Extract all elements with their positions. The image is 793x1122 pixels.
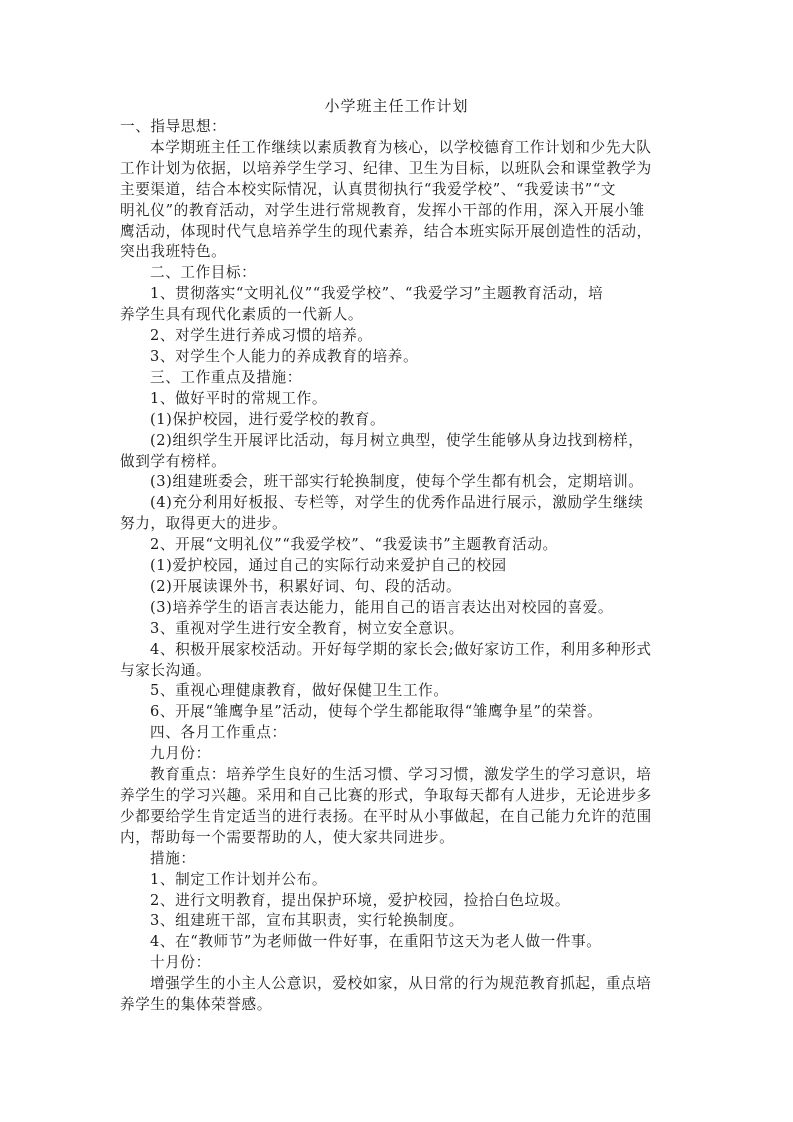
paragraph-line: 主要渠道，结合本校实际情况，认真贯彻执行“我爱学校”、“我爱读书”“文 — [120, 180, 673, 201]
document-title: 小学班主任工作计划 — [120, 96, 673, 117]
september-focus-line: 少都要给学生肯定适当的进行表扬。在平时从小事做起，在自己能力允许的范围 — [120, 807, 673, 828]
september-measure-item: 3、组建班干部，宣布其职责，实行轮换制度。 — [120, 911, 673, 932]
measure-line: 5、重视心理健康教育，做好保健卫生工作。 — [120, 681, 673, 702]
measure-line: (3)培养学生的语言表达能力，能用自己的语言表达出对校园的喜爱。 — [120, 598, 673, 619]
month-heading-october: 十月份： — [120, 953, 673, 974]
measure-line: (2)组织学生开展评比活动，每月树立典型，使学生能够从身边找到榜样， — [120, 431, 673, 452]
measure-line: (4)充分利用好板报、专栏等，对学生的优秀作品进行展示，激励学生继续 — [120, 493, 673, 514]
paragraph-line: 明礼仪”的教育活动，对学生进行常规教育，发挥小干部的作用，深入开展小雏 — [120, 201, 673, 222]
measure-line: 6、开展“雏鹰争星”活动，使每个学生都能取得“雏鹰争星”的荣誉。 — [120, 702, 673, 723]
measure-line: (2)开展读课外书，积累好词、句、段的活动。 — [120, 577, 673, 598]
goal-item-line: 养学生具有现代化素质的一代新人。 — [120, 305, 673, 326]
section-heading-work-goals: 二、工作目标： — [120, 263, 673, 284]
paragraph-line: 鹰活动，体现时代气息培养学生的现代素养，结合本班实际开展创造性的活动， — [120, 222, 673, 243]
paragraph-line: 工作计划为依据，以培养学生学习、纪律、卫生为目标，以班队会和课堂教学为 — [120, 159, 673, 180]
goal-item-line: 3、对学生个人能力的养成教育的培养。 — [120, 347, 673, 368]
september-focus-line: 养学生的学习兴趣。采用和自己比赛的形式，争取每天都有人进步，无论进步多 — [120, 786, 673, 807]
paragraph-line: 本学期班主任工作继续以素质教育为核心，以学校德育工作计划和少先大队 — [120, 138, 673, 159]
september-measure-item: 1、制定工作计划并公布。 — [120, 870, 673, 891]
october-line: 增强学生的小主人公意识，爱校如家，从日常的行为规范教育抓起，重点培 — [120, 974, 673, 995]
measure-line: 3、重视对学生进行安全教育，树立安全意识。 — [120, 619, 673, 640]
goal-item-line: 2、对学生进行养成习惯的培养。 — [120, 326, 673, 347]
september-focus-line: 内，帮助每一个需要帮助的人，使大家共同进步。 — [120, 828, 673, 849]
september-focus-line: 教育重点：培养学生良好的生活习惯、学习习惯，激发学生的学习意识，培 — [120, 765, 673, 786]
measure-line: 4、积极开展家校活动。开好每学期的家长会;做好家访工作，利用多种形式 — [120, 640, 673, 661]
september-measure-item: 4、在“教师节”为老师做一件好事，在重阳节这天为老人做一件事。 — [120, 932, 673, 953]
month-heading-september: 九月份： — [120, 744, 673, 765]
document-page: 小学班主任工作计划 一、指导思想： 本学期班主任工作继续以素质教育为核心，以学校… — [120, 96, 673, 1016]
goal-item-line: 1、贯彻落实“文明礼仪”“我爱学校”、“我爱学习”主题教育活动，培 — [120, 284, 673, 305]
september-measure-item: 2、进行文明教育，提出保护环境，爱护校园，捡拾白色垃圾。 — [120, 891, 673, 912]
section-heading-key-measures: 三、工作重点及措施： — [120, 368, 673, 389]
measure-line: 2、开展“文明礼仪”“我爱学校”、“我爱读书”主题教育活动。 — [120, 535, 673, 556]
guiding-thought-paragraph: 本学期班主任工作继续以素质教育为核心，以学校德育工作计划和少先大队 工作计划为依… — [120, 138, 673, 263]
measure-line: 努力，取得更大的进步。 — [120, 514, 673, 535]
measure-line: (1)爱护校园，通过自己的实际行动来爱护自己的校园 — [120, 556, 673, 577]
measure-line: 1、做好平时的常规工作。 — [120, 389, 673, 410]
measure-line: 做到学有榜样。 — [120, 452, 673, 473]
september-measures-heading: 措施： — [120, 849, 673, 870]
measure-line: 与家长沟通。 — [120, 661, 673, 682]
section-heading-guiding-thought: 一、指导思想： — [120, 117, 673, 138]
paragraph-line: 突出我班特色。 — [120, 242, 673, 263]
october-line: 养学生的集体荣誉感。 — [120, 995, 673, 1016]
measure-line: (3)组建班委会，班干部实行轮换制度，使每个学生都有机会，定期培训。 — [120, 472, 673, 493]
measure-line: (1)保护校园，进行爱学校的教育。 — [120, 410, 673, 431]
section-heading-monthly-focus: 四、各月工作重点： — [120, 723, 673, 744]
